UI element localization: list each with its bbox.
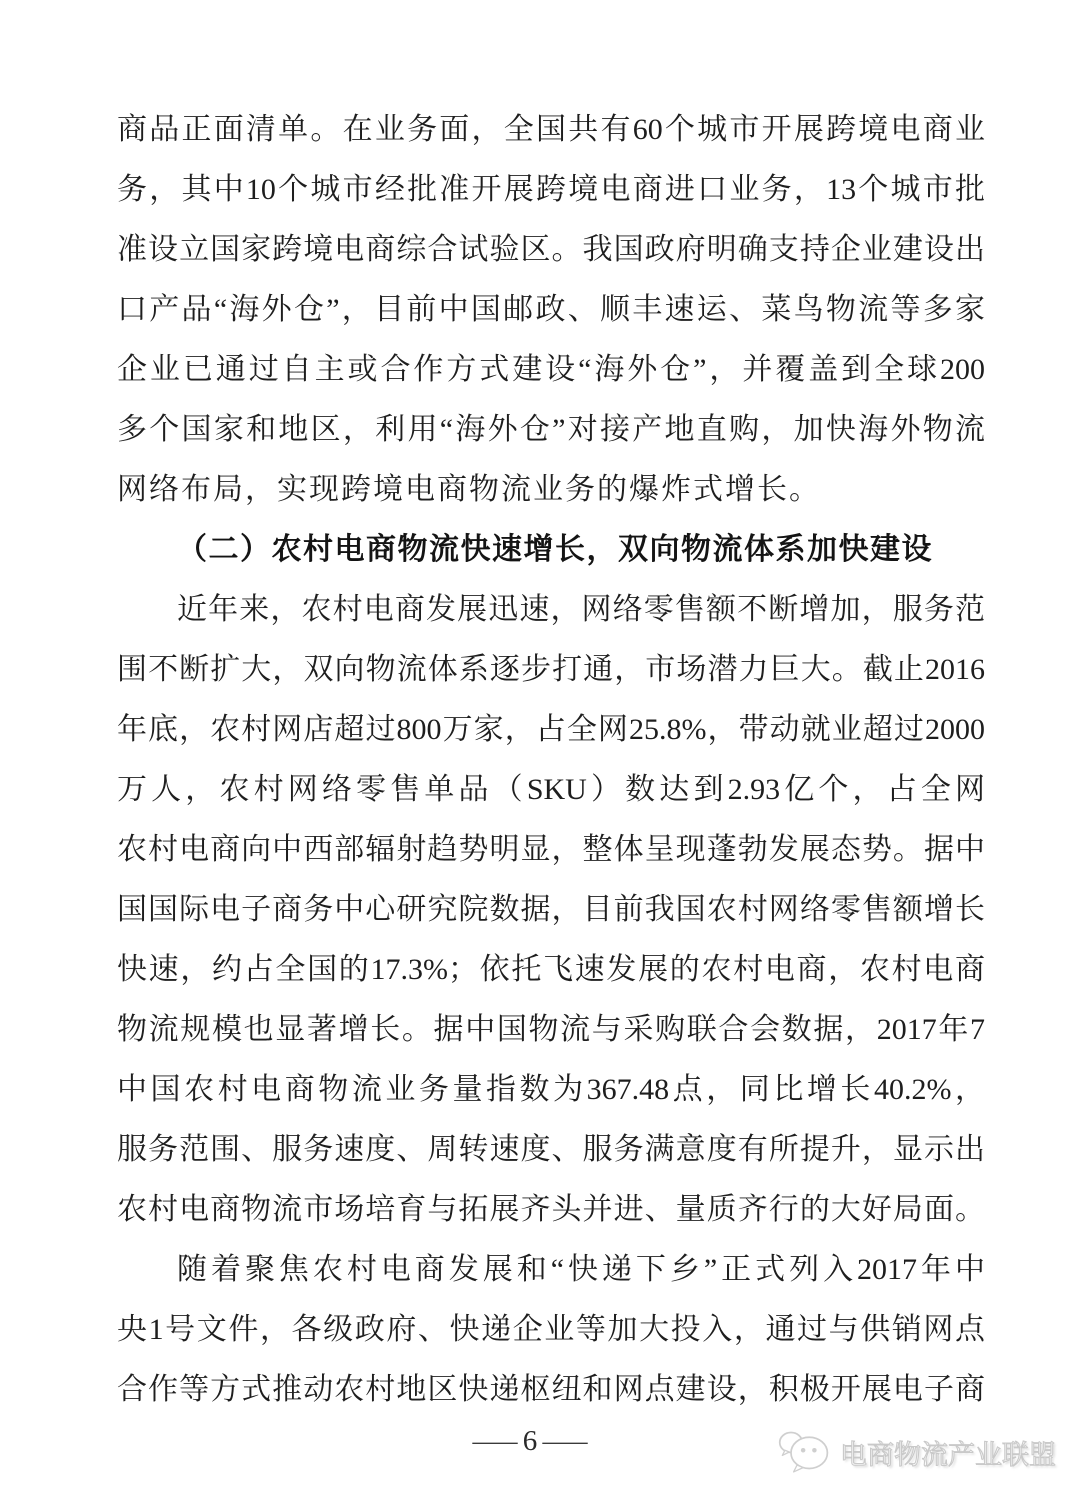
page-number: 6 [523, 1425, 538, 1457]
wechat-icon [778, 1429, 830, 1475]
footer-dash-right: — [543, 1419, 588, 1465]
body-line: 随着聚焦农村电商发展和“快递下乡”正式列入2017年中 [117, 1240, 985, 1300]
section-heading: （二）农村电商物流快速增长，双向物流体系加快建设 [117, 520, 985, 580]
body-line: 网络布局，实现跨境电商物流业务的爆炸式增长。 [117, 460, 985, 520]
body-line: 务，其中10个城市经批准开展跨境电商进口业务，13个城市批 [117, 160, 985, 220]
body-line: 服务范围、服务速度、周转速度、服务满意度有所提升，显示出 [117, 1120, 985, 1180]
body-line: 近年来，农村电商发展迅速，网络零售额不断增加，服务范 [117, 580, 985, 640]
body-line: 准设立国家跨境电商综合试验区。我国政府明确支持企业建设出 [117, 220, 985, 280]
body-line: 企业已通过自主或合作方式建设“海外仓”，并覆盖到全球200 [117, 340, 985, 400]
document-body: 商品正面清单。在业务面，全国共有60个城市开展跨境电商业 务，其中10个城市经批… [117, 100, 985, 1420]
body-line: 央1号文件，各级政府、快递企业等加大投入，通过与供销网点 [117, 1300, 985, 1360]
document-page: 商品正面清单。在业务面，全国共有60个城市开展跨境电商业 务，其中10个城市经批… [0, 0, 1080, 1491]
body-line: 年底，农村网店超过800万家，占全网25.8%，带动就业超过2000 [117, 700, 985, 760]
watermark-text: 电商物流产业联盟 [840, 1433, 1056, 1472]
body-line: 国国际电子商务中心研究院数据，目前我国农村网络零售额增长 [117, 880, 985, 940]
body-line: 合作等方式推动农村地区快递枢纽和网点建设，积极开展电子商 [117, 1360, 985, 1420]
body-line: 农村电商物流市场培育与拓展齐头并进、量质齐行的大好局面。 [117, 1180, 985, 1240]
body-line: 围不断扩大，双向物流体系逐步打通，市场潜力巨大。截止2016 [117, 640, 985, 700]
body-line: 农村电商向中西部辐射趋势明显，整体呈现蓬勃发展态势。据中 [117, 820, 985, 880]
footer-dash-left: — [472, 1419, 517, 1465]
body-line: 万人，农村网络零售单品（SKU）数达到2.93亿个，占全网20.3%， [117, 760, 985, 820]
body-line: 口产品“海外仓”，目前中国邮政、顺丰速运、菜鸟物流等多家 [117, 280, 985, 340]
body-line: 多个国家和地区，利用“海外仓”对接产地直购，加快海外物流 [117, 400, 985, 460]
body-line: 快速，约占全国的17.3%；依托飞速发展的农村电商，农村电商 [117, 940, 985, 1000]
body-line: 商品正面清单。在业务面，全国共有60个城市开展跨境电商业 [117, 100, 985, 160]
body-line: 物流规模也显著增长。据中国物流与采购联合会数据，2017年7月， [117, 1000, 985, 1060]
watermark: 电商物流产业联盟 [778, 1424, 1058, 1480]
body-line: 中国农村电商物流业务量指数为367.48点，同比增长40.2%， [117, 1060, 985, 1120]
